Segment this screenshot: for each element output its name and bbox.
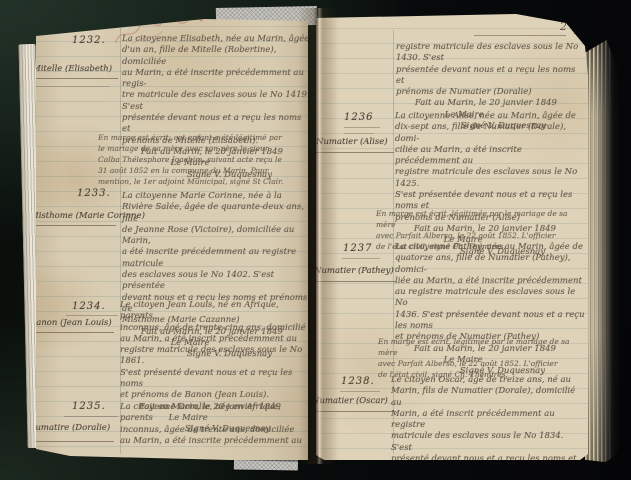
margin-name: Numatier (Alise) — [316, 137, 388, 147]
margin-name: Numatier (Oscar) — [312, 396, 388, 406]
margin-rule — [28, 441, 114, 442]
margin-rule — [30, 225, 116, 226]
margin-name: Mitelle (Elisabeth) — [32, 64, 112, 74]
entry-number: 1236 — [344, 112, 373, 123]
marginal-note: En marge est écrit: cet enfant a été lég… — [98, 132, 306, 187]
entry-number: 1232. — [72, 35, 106, 46]
scanned-register-photo: 1232. Mitelle (Elisabeth) La citoyenne E… — [0, 0, 631, 480]
margin-rule — [314, 152, 394, 153]
entry-number: 1234. — [72, 301, 106, 312]
right-page: 2 registre matricule des esclaves sous l… — [316, 14, 588, 460]
page-number-flourish — [570, 18, 584, 36]
margin-name: Numatier (Pathey) — [314, 266, 394, 276]
margin-rule — [312, 411, 396, 412]
left-page: 1232. Mitelle (Elisabeth) La citoyenne E… — [36, 12, 308, 460]
marginal-note: En marge est écrit, légitimée par le mar… — [378, 336, 586, 380]
page-number: 2 — [560, 20, 567, 33]
margin-name: Banon (Jean Louis) — [30, 318, 112, 328]
entry-number: 1237 — [343, 243, 372, 254]
entry-body: Le citoyen Oscar, âgé de treize ans, né … — [391, 375, 581, 480]
number-rule — [344, 133, 374, 134]
margin-rule — [30, 332, 114, 333]
margin-rule — [30, 78, 118, 79]
entry-number: 1238. — [341, 376, 375, 387]
margin-rule — [314, 281, 396, 282]
page-edge-stack-right — [585, 40, 621, 464]
page-number-rule — [474, 35, 566, 36]
margin-name: Numatire (Doralie) — [28, 423, 110, 433]
number-rule — [340, 391, 380, 392]
number-rule — [66, 315, 118, 316]
entry-body: La citoyenne Doralie, née en Afrique, pa… — [120, 402, 310, 447]
number-rule — [64, 416, 118, 417]
number-rule — [344, 127, 380, 128]
margin-rule — [30, 86, 110, 87]
entry-number: 1233. — [77, 188, 111, 199]
number-rule — [342, 258, 380, 259]
entry-number: 1235. — [72, 401, 106, 412]
